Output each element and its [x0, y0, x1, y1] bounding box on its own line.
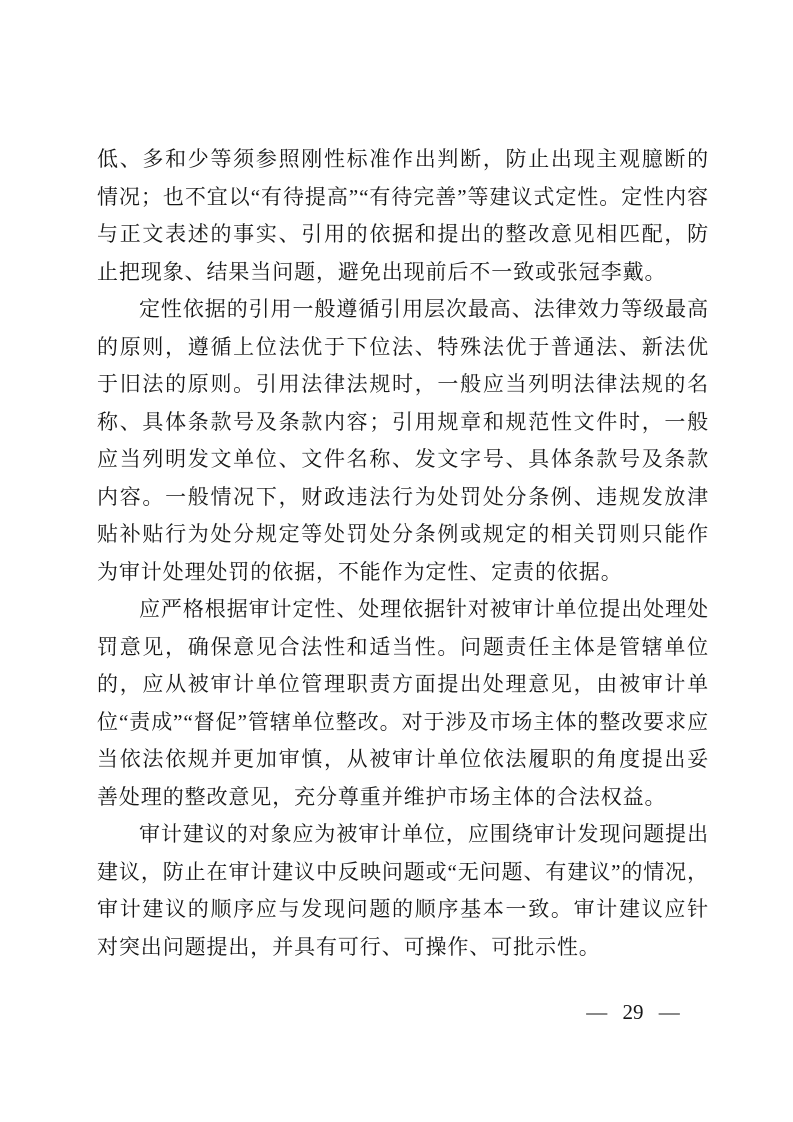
paragraph: 审计建议的对象应为被审计单位，应围绕审计发现问题提出建议，防止在审计建议中反映问… [97, 816, 709, 966]
page-number: — 29 — [563, 1000, 703, 1025]
paragraph: 应严格根据审计定性、处理依据针对被审计单位提出处理处罚意见，确保意见合法性和适当… [97, 591, 709, 816]
paragraph: 定性依据的引用一般遵循引用层次最高、法律效力等级最高的原则，遵循上位法优于下位法… [97, 291, 709, 591]
body-text: 低、多和少等须参照刚性标准作出判断，防止出现主观臆断的情况；也不宜以“有待提高”… [97, 141, 709, 966]
document-page: 低、多和少等须参照刚性标准作出判断，防止出现主观臆断的情况；也不宜以“有待提高”… [0, 0, 793, 1122]
paragraph-continuation: 低、多和少等须参照刚性标准作出判断，防止出现主观臆断的情况；也不宜以“有待提高”… [97, 141, 709, 291]
